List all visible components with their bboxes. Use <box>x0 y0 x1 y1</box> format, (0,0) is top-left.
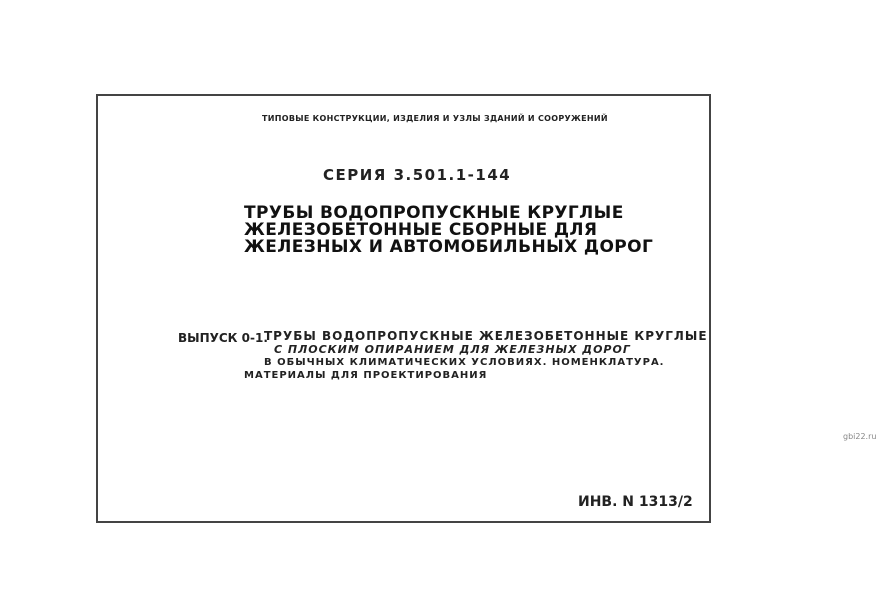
issue-line: С ПЛОСКИМ ОПИРАНИЕМ ДЛЯ ЖЕЛЕЗНЫХ ДОРОГ <box>274 343 708 356</box>
document-title: ТРУБЫ ВОДОПРОПУСКНЫЕ КРУГЛЫЕ ЖЕЛЕЗОБЕТОН… <box>244 205 653 256</box>
issue-line: В ОБЫЧНЫХ КЛИМАТИЧЕСКИХ УСЛОВИЯХ. НОМЕНК… <box>264 356 708 369</box>
inventory-number: ИНВ. N 1313/2 <box>578 494 693 510</box>
watermark: gbi22.ru <box>843 432 876 441</box>
series-number: СЕРИЯ 3.501.1-144 <box>323 166 511 184</box>
title-line: ЖЕЛЕЗНЫХ И АВТОМОБИЛЬНЫХ ДОРОГ <box>244 239 653 256</box>
issue-line: МАТЕРИАЛЫ ДЛЯ ПРОЕКТИРОВАНИЯ <box>244 369 708 382</box>
issue-line: ТРУБЫ ВОДОПРОПУСКНЫЕ ЖЕЛЕЗОБЕТОННЫЕ КРУГ… <box>264 330 708 343</box>
document-header: ТИПОВЫЕ КОНСТРУКЦИИ, ИЗДЕЛИЯ И УЗЛЫ ЗДАН… <box>262 114 608 123</box>
title-page-frame <box>96 94 711 523</box>
issue-description: ТРУБЫ ВОДОПРОПУСКНЫЕ ЖЕЛЕЗОБЕТОННЫЕ КРУГ… <box>264 330 708 382</box>
issue-label: ВЫПУСК 0-1. <box>178 331 268 345</box>
